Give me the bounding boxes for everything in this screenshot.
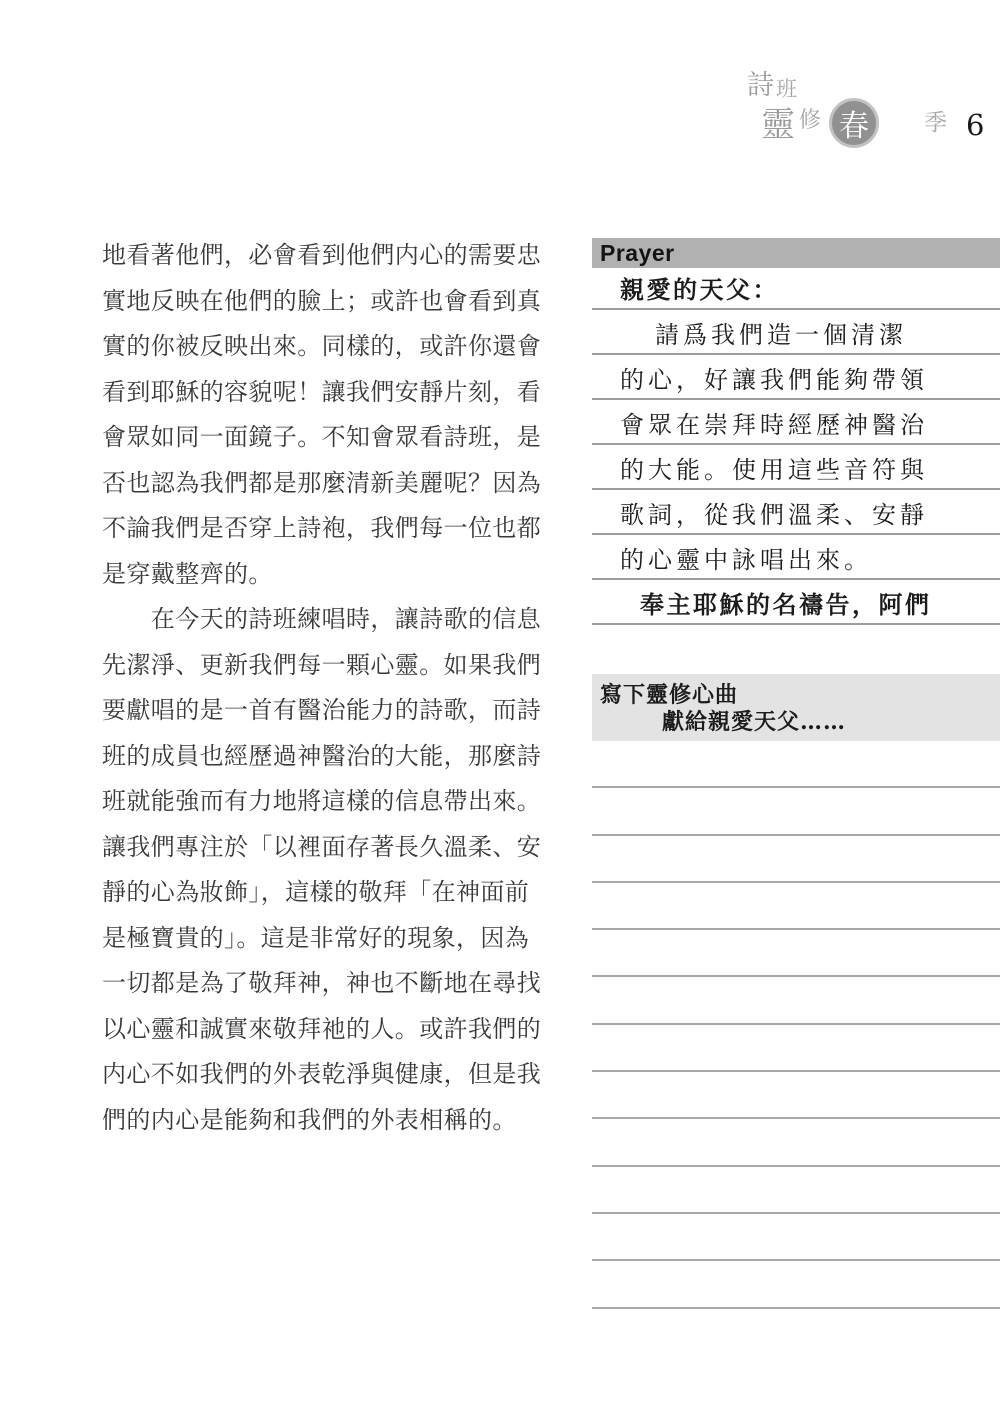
- article-line: 們的内心是能夠和我們的外表相稱的。: [102, 1098, 572, 1144]
- writing-line: [592, 741, 1000, 788]
- article-line: 地看著他們，必會看到他們内心的需要忠: [102, 233, 572, 279]
- writing-line: [592, 1214, 1000, 1261]
- article-line: 要獻唱的是一首有醫治能力的詩歌，而詩: [102, 688, 572, 734]
- writing-line: [592, 788, 1000, 835]
- article-line: 讓我們專注於「以裡面存著長久溫柔、安: [102, 825, 572, 871]
- prayer-section-header: Prayer: [592, 238, 1000, 268]
- prayer-text-block: 親愛的天父：請爲我們造一個清潔的心，好讓我們能夠帶領會眾在崇拜時經歷神醫治的大能…: [592, 268, 1000, 625]
- prayer-column: Prayer 親愛的天父：請爲我們造一個清潔的心，好讓我們能夠帶領會眾在崇拜時經…: [592, 238, 1000, 1309]
- logo-char-season: 季: [924, 112, 947, 135]
- article-line: 先潔淨、更新我們每一顆心靈。如果我們: [102, 643, 572, 689]
- article-body-text: 地看著他們，必會看到他們内心的需要忠實地反映在他們的臉上；或許也會看到真實的你被…: [102, 233, 572, 1143]
- prayer-line: 的心靈中詠唱出來。: [592, 535, 1000, 580]
- prayer-line: 奉主耶穌的名禱告，阿們: [592, 580, 1000, 625]
- writing-lines-area: [592, 741, 1000, 1309]
- article-line: 實地反映在他們的臉上；或許也會看到真: [102, 279, 572, 325]
- logo-char-cultivate: 修: [799, 110, 821, 132]
- article-line: 看到耶穌的容貌呢！讓我們安靜片刻，看: [102, 370, 572, 416]
- prayer-line: 的大能。使用這些音符與: [592, 445, 1000, 490]
- writing-line: [592, 1167, 1000, 1214]
- prayer-line: 會眾在崇拜時經歷神醫治: [592, 400, 1000, 445]
- article-line: 是穿戴整齊的。: [102, 552, 572, 598]
- prayer-line: 請爲我們造一個清潔: [592, 310, 1000, 355]
- article-line: 會眾如同一面鏡子。不知會眾看詩班，是: [102, 415, 572, 461]
- prayer-section-title: Prayer: [600, 240, 675, 267]
- article-line: 以心靈和誠實來敬拜祂的人。或許我們的: [102, 1007, 572, 1053]
- prayer-line: 歌詞，從我們溫柔、安靜: [592, 490, 1000, 535]
- spring-season-badge: 春: [829, 98, 879, 148]
- writing-line: [592, 1025, 1000, 1072]
- writing-line: [592, 1119, 1000, 1166]
- writing-line: [592, 883, 1000, 930]
- page-header: 詩 班 靈 修 春 季 6: [0, 0, 1000, 180]
- writing-line: [592, 977, 1000, 1024]
- article-line: 班就能強而有力地將這樣的信息帶出來。: [102, 779, 572, 825]
- prayer-line: 親愛的天父：: [592, 268, 1000, 310]
- writing-line: [592, 1072, 1000, 1119]
- logo-char-spirit: 靈: [761, 108, 795, 142]
- article-line: 班的成員也經歷過神醫治的大能，那麼詩: [102, 734, 572, 780]
- journal-prompt-box: 寫下靈修心曲 獻給親愛天父……: [592, 674, 1000, 741]
- article-line: 内心不如我們的外表乾淨與健康，但是我: [102, 1052, 572, 1098]
- article-line: 靜的心為妝飾」，這樣的敬拜「在神面前: [102, 870, 572, 916]
- article-line: 實的你被反映出來。同樣的，或許你還會: [102, 324, 572, 370]
- page-number: 6: [966, 111, 984, 140]
- article-paragraph-1: 地看著他們，必會看到他們内心的需要忠實地反映在他們的臉上；或許也會看到真實的你被…: [102, 233, 572, 597]
- writing-line: [592, 930, 1000, 977]
- journal-prompt-line1: 寫下靈修心曲: [600, 682, 1000, 709]
- article-line: 在今天的詩班練唱時，讓詩歌的信息: [102, 597, 572, 643]
- prayer-line: 的心，好讓我們能夠帶領: [592, 355, 1000, 400]
- article-line: 一切都是為了敬拜神，神也不斷地在尋找: [102, 961, 572, 1007]
- article-paragraph-2: 在今天的詩班練唱時，讓詩歌的信息先潔淨、更新我們每一顆心靈。如果我們要獻唱的是一…: [102, 597, 572, 1143]
- writing-line: [592, 836, 1000, 883]
- logo-char-class: 班: [776, 79, 797, 100]
- article-line: 不論我們是否穿上詩袍，我們每一位也都: [102, 506, 572, 552]
- journal-prompt-line2: 獻給親愛天父……: [662, 709, 1000, 736]
- logo-char-poetry: 詩: [747, 72, 774, 99]
- writing-line: [592, 1261, 1000, 1308]
- article-line: 是極寶貴的」。這是非常好的現象，因為: [102, 916, 572, 962]
- devotional-page: 詩 班 靈 修 春 季 6 地看著他們，必會看到他們内心的需要忠實地反映在他們的…: [0, 0, 1000, 1406]
- article-line: 否也認為我們都是那麼清新美麗呢？因為: [102, 461, 572, 507]
